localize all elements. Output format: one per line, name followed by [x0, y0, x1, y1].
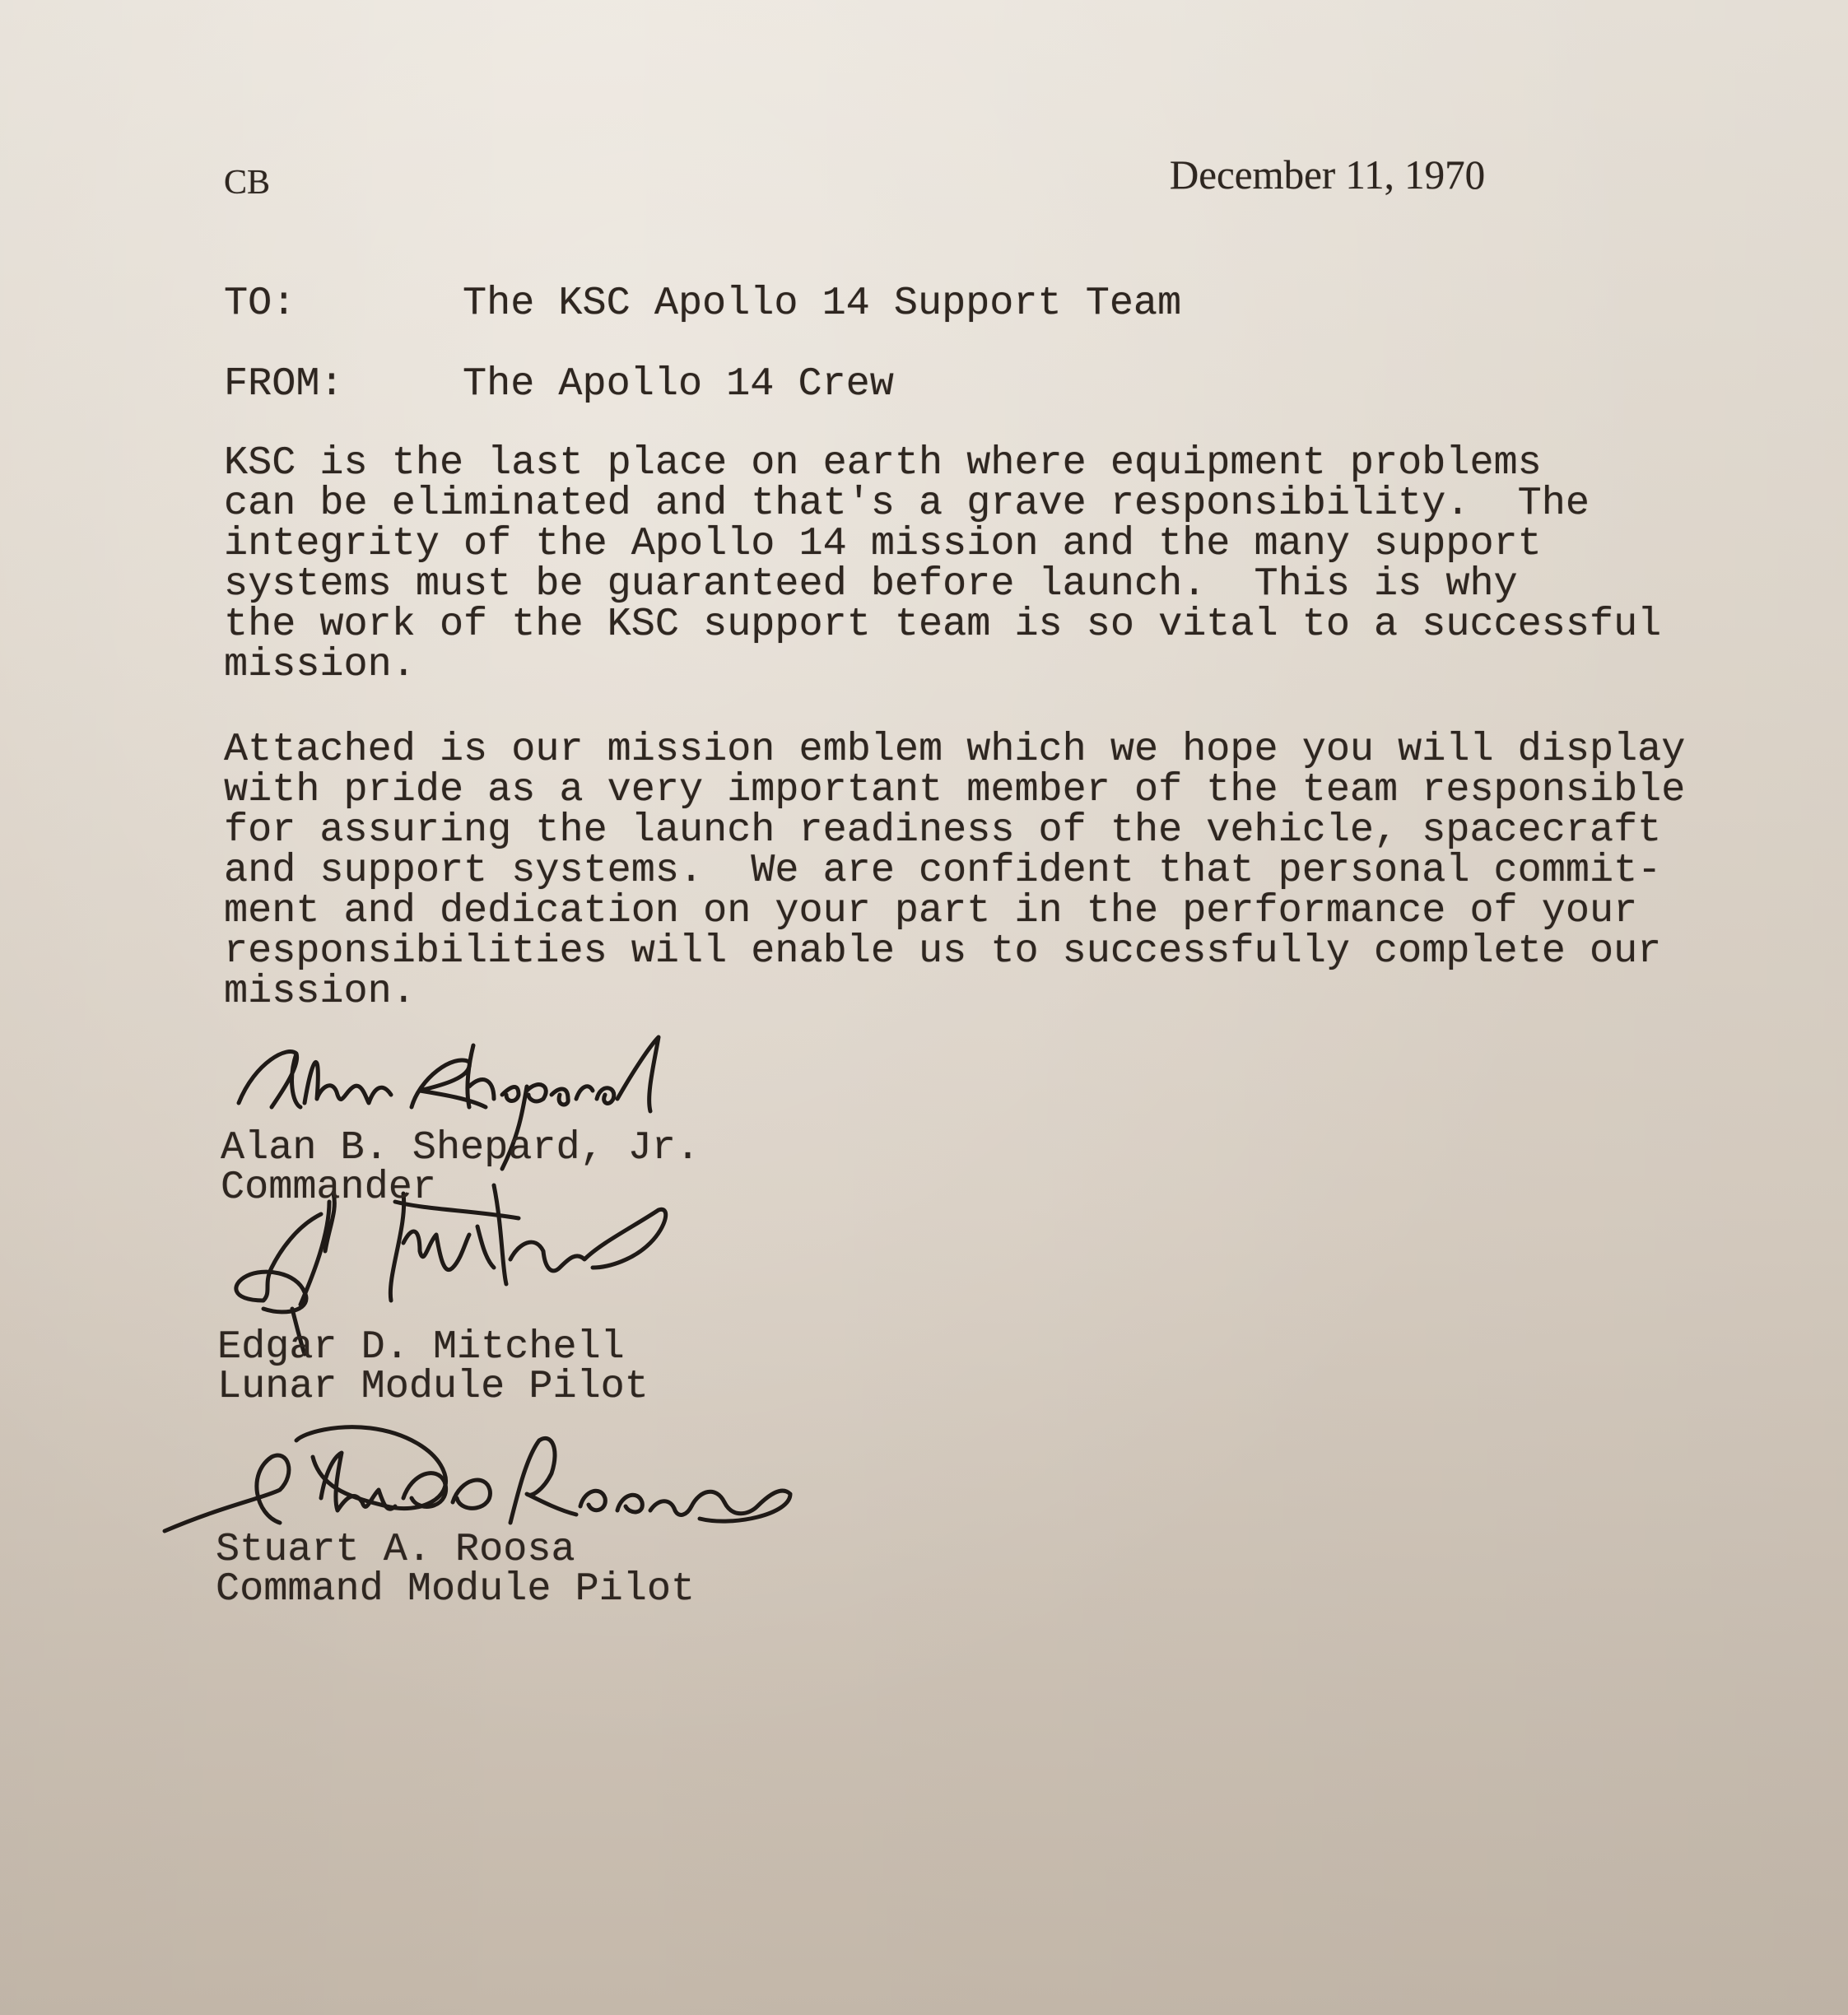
letter-date: December 11, 1970: [1170, 155, 1485, 195]
signatory-name-1: Alan B. Shepard, Jr.: [221, 1128, 700, 1168]
signatory-title-2: Lunar Module Pilot: [217, 1366, 649, 1407]
from-sender: The Apollo 14 Crew: [463, 364, 894, 404]
office-code: CB: [224, 163, 270, 203]
body-paragraph-2: Attached is our mission emblem which we …: [224, 729, 1685, 1012]
signatory-name-2: Edgar D. Mitchell: [217, 1327, 625, 1367]
signatory-title-3: Command Module Pilot: [216, 1569, 695, 1609]
signatory-title-1: Commander: [221, 1167, 436, 1208]
from-label: FROM:: [224, 364, 344, 404]
signatory-name-3: Stuart A. Roosa: [216, 1529, 575, 1570]
to-recipient: The KSC Apollo 14 Support Team: [463, 283, 1181, 323]
body-paragraph-1: KSC is the last place on earth where equ…: [224, 443, 1661, 685]
to-label: TO:: [224, 283, 296, 323]
